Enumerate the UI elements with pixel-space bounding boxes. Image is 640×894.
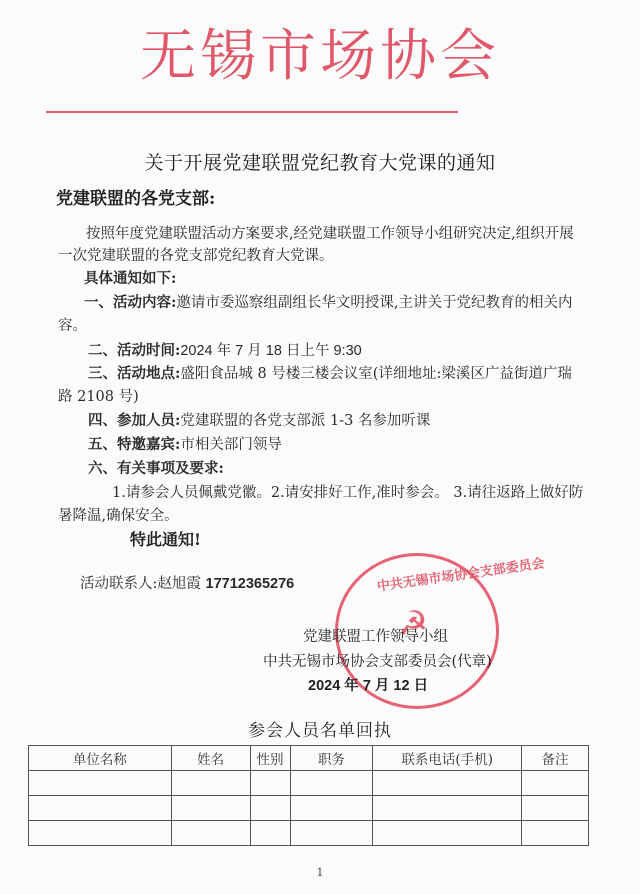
roster-form-title: 参会人员名单回执 bbox=[0, 716, 640, 741]
contact-label: 活动联系人:赵旭霞 bbox=[80, 576, 201, 592]
cell[interactable] bbox=[250, 821, 290, 846]
cell[interactable] bbox=[29, 771, 172, 796]
item-time-text: 2024 年 7 月 18 日上午 9:30 bbox=[180, 343, 361, 359]
table-row bbox=[29, 796, 589, 821]
item-guests-text: 市相关部门领导 bbox=[180, 437, 282, 453]
signature-group: 党建联盟工作领导小组 bbox=[303, 625, 448, 646]
requirements-line-1: 1.请参会人员佩戴党徽。2.请安排好工作,准时参会。 3.请往返路上做好防 bbox=[112, 482, 583, 504]
item-location-label: 三、活动地点: bbox=[88, 365, 180, 382]
cell[interactable] bbox=[171, 796, 250, 821]
item-content: 一、活动内容:邀请市委巡察组副组长华文明授课,主讲关于党纪教育的相关内 bbox=[84, 292, 572, 314]
col-unit-name: 单位名称 bbox=[29, 746, 172, 771]
col-gender: 性别 bbox=[250, 746, 290, 771]
item-location: 三、活动地点:盛阳食品城 8 号楼三楼会议室(详细地址:梁溪区广益街道广瑞 bbox=[88, 363, 572, 385]
table-row bbox=[29, 771, 589, 796]
cell[interactable] bbox=[29, 796, 172, 821]
contact-phone: 17712365276 bbox=[206, 576, 295, 592]
item-content-text: 邀请市委巡察组副组长华文明授课,主讲关于党纪教育的相关内 bbox=[176, 295, 572, 311]
letterhead-org-name: 无锡市场协会 bbox=[0, 22, 640, 92]
cell[interactable] bbox=[290, 796, 373, 821]
cell[interactable] bbox=[522, 821, 589, 846]
item-guests-label: 五、特邀嘉宾: bbox=[88, 436, 180, 453]
col-phone: 联系电话(手机) bbox=[373, 746, 522, 771]
notice-title: 关于开展党建联盟党纪教育大党课的通知 bbox=[0, 148, 640, 175]
cell[interactable] bbox=[171, 821, 250, 846]
salutation: 党建联盟的各党支部: bbox=[56, 184, 215, 209]
intro-line-2: 一次党建联盟的各党支部党纪教育大党课。 bbox=[58, 245, 334, 267]
cell[interactable] bbox=[290, 821, 373, 846]
item-content-label: 一、活动内容: bbox=[84, 294, 176, 311]
intro-line-1: 按照年度党建联盟活动方案要求,经党建联盟工作领导小组研究决定,组织开展 bbox=[86, 223, 574, 245]
table-row bbox=[29, 821, 589, 846]
item-content-cont: 容。 bbox=[58, 315, 87, 337]
cell[interactable] bbox=[522, 771, 589, 796]
item-participants-text: 党建联盟的各党支部派 1-3 名参加听课 bbox=[180, 413, 430, 429]
letterhead-red-rule bbox=[46, 111, 458, 113]
page-number: 1 bbox=[0, 866, 640, 879]
item-location-cont: 路 2108 号) bbox=[58, 386, 139, 408]
roster-table: 单位名称 姓名 性别 职务 联系电话(手机) 备注 bbox=[28, 745, 589, 846]
cell[interactable] bbox=[290, 771, 373, 796]
col-position: 职务 bbox=[290, 746, 373, 771]
closing-text: 特此通知! bbox=[130, 527, 201, 550]
cell[interactable] bbox=[373, 821, 522, 846]
item-participants: 四、参加人员:党建联盟的各党支部派 1-3 名参加听课 bbox=[88, 410, 430, 432]
cell[interactable] bbox=[522, 796, 589, 821]
item-requirements-label: 六、有关事项及要求: bbox=[88, 458, 224, 480]
col-name: 姓名 bbox=[171, 746, 250, 771]
details-heading: 具体通知如下: bbox=[84, 268, 176, 290]
cell[interactable] bbox=[171, 771, 250, 796]
item-time: 二、活动时间:2024 年 7 月 18 日上午 9:30 bbox=[88, 340, 362, 362]
cell[interactable] bbox=[250, 796, 290, 821]
cell[interactable] bbox=[373, 771, 522, 796]
contact: 活动联系人:赵旭霞 17712365276 bbox=[80, 573, 294, 595]
requirements-line-2: 暑降温,确保安全。 bbox=[58, 505, 179, 527]
roster-header-row: 单位名称 姓名 性别 职务 联系电话(手机) 备注 bbox=[29, 746, 589, 771]
col-remarks: 备注 bbox=[522, 746, 589, 771]
signature-date: 2024 年 7 月 12 日 bbox=[308, 674, 428, 695]
cell[interactable] bbox=[373, 796, 522, 821]
cell[interactable] bbox=[250, 771, 290, 796]
item-participants-label: 四、参加人员: bbox=[88, 412, 180, 429]
item-time-label: 二、活动时间: bbox=[88, 342, 180, 359]
signature-committee: 中共无锡市场协会支部委员会(代章) bbox=[263, 650, 492, 671]
item-location-text: 盛阳食品城 8 号楼三楼会议室(详细地址:梁溪区广益街道广瑞 bbox=[180, 366, 571, 382]
cell[interactable] bbox=[29, 821, 172, 846]
item-guests: 五、特邀嘉宾:市相关部门领导 bbox=[88, 434, 282, 456]
